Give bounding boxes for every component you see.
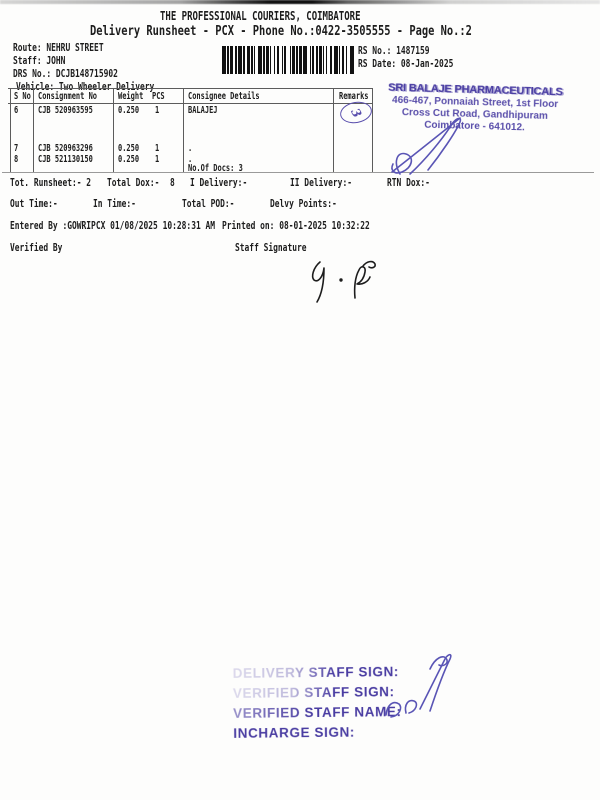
table-row-cell-pcs: 1 xyxy=(155,154,159,165)
table-row-cell-sno: 7 xyxy=(14,143,18,154)
table-divider-consignee xyxy=(333,88,334,172)
table-row-cell-weight: 0.250 xyxy=(118,105,139,116)
col-header-pcs: PCS xyxy=(152,91,165,102)
table-divider-sno xyxy=(33,88,34,172)
rs-no-field: RS No.: 1487159 xyxy=(358,44,430,57)
printed-on-field: Printed on: 08-01-2025 10:32:22 xyxy=(222,219,370,232)
entered-by-field: Entered By :GOWRIPCX 01/08/2025 10:28:31… xyxy=(10,219,215,232)
total-runsheet: Tot. Runsheet:- 2 xyxy=(10,176,91,189)
route-field: Route: NEHRU STREET xyxy=(13,41,104,54)
table-divider-pcs xyxy=(183,88,184,172)
table-divider-consignment xyxy=(113,88,114,172)
delivery-runsheet-document: THE PROFESSIONAL COURIERS, COIMBATORE De… xyxy=(0,0,600,800)
total-pod-field: Total POD:- xyxy=(182,197,234,210)
table-row-cell-weight: 0.250 xyxy=(118,154,139,165)
in-time-field: In Time:- xyxy=(93,197,136,210)
table-row-cell-weight: 0.250 xyxy=(118,143,139,154)
table-row-cell-consignee: . xyxy=(188,143,192,154)
receiver-signature-ink xyxy=(380,110,480,180)
table-row-cell-consignment: CJB 521130150 xyxy=(38,154,93,165)
col-header-consignee: Consignee Details xyxy=(188,91,260,102)
remark-value: 3 xyxy=(348,106,364,120)
table-row-cell-pcs: 1 xyxy=(155,105,159,116)
barcode-bar xyxy=(350,46,354,74)
table-header-rule xyxy=(8,103,372,104)
table-row-cell-pcs: 1 xyxy=(155,143,159,154)
scanner-artifact-strip xyxy=(0,0,600,4)
table-row-cell-consignment: CJB 520963595 xyxy=(38,105,93,116)
table-row-cell-sno: 6 xyxy=(14,105,18,116)
incharge-signature-ink xyxy=(372,645,457,730)
col-header-remarks: Remarks xyxy=(339,91,369,102)
total-dox-label: Total Dox:- xyxy=(107,176,159,189)
verified-by-label: Verified By xyxy=(10,241,62,254)
rs-date-field: RS Date: 08-Jan-2025 xyxy=(358,57,453,70)
total-dox-value: 8 xyxy=(170,176,175,189)
table-border-right xyxy=(372,88,373,172)
table-border-top xyxy=(8,88,372,89)
runsheet-subtitle: Delivery Runsheet - PCX - Phone No.:0422… xyxy=(90,24,472,39)
table-row-cell-consignee: BALAJEJ xyxy=(188,105,218,116)
table-border-left xyxy=(10,88,11,172)
staff-field: Staff: JOHN xyxy=(13,54,65,67)
company-title: THE PROFESSIONAL COURIERS, COIMBATORE xyxy=(160,9,360,23)
staff-signature-ink xyxy=(300,254,395,306)
i-delivery-field: I Delivery:- xyxy=(190,176,247,189)
table-row-cell-consignment: CJB 520963296 xyxy=(38,143,93,154)
delvy-points-field: Delvy Points:- xyxy=(270,197,337,210)
table-border-bottom xyxy=(2,172,594,173)
runsheet-barcode xyxy=(222,46,354,74)
staff-signature-label: Staff Signature xyxy=(235,241,307,254)
col-header-weight: Weight xyxy=(118,91,143,102)
col-header-sno: S No xyxy=(14,91,31,102)
docs-count-note: No.Of Docs: 3 xyxy=(188,163,243,174)
out-time-field: Out Time:- xyxy=(10,197,58,210)
col-header-consignment: Consignment No xyxy=(38,91,97,102)
table-row-cell-sno: 8 xyxy=(14,154,18,165)
drs-no-field: DRS No.: DCJB148715902 xyxy=(13,67,118,80)
ii-delivery-field: II Delivery:- xyxy=(290,176,352,189)
